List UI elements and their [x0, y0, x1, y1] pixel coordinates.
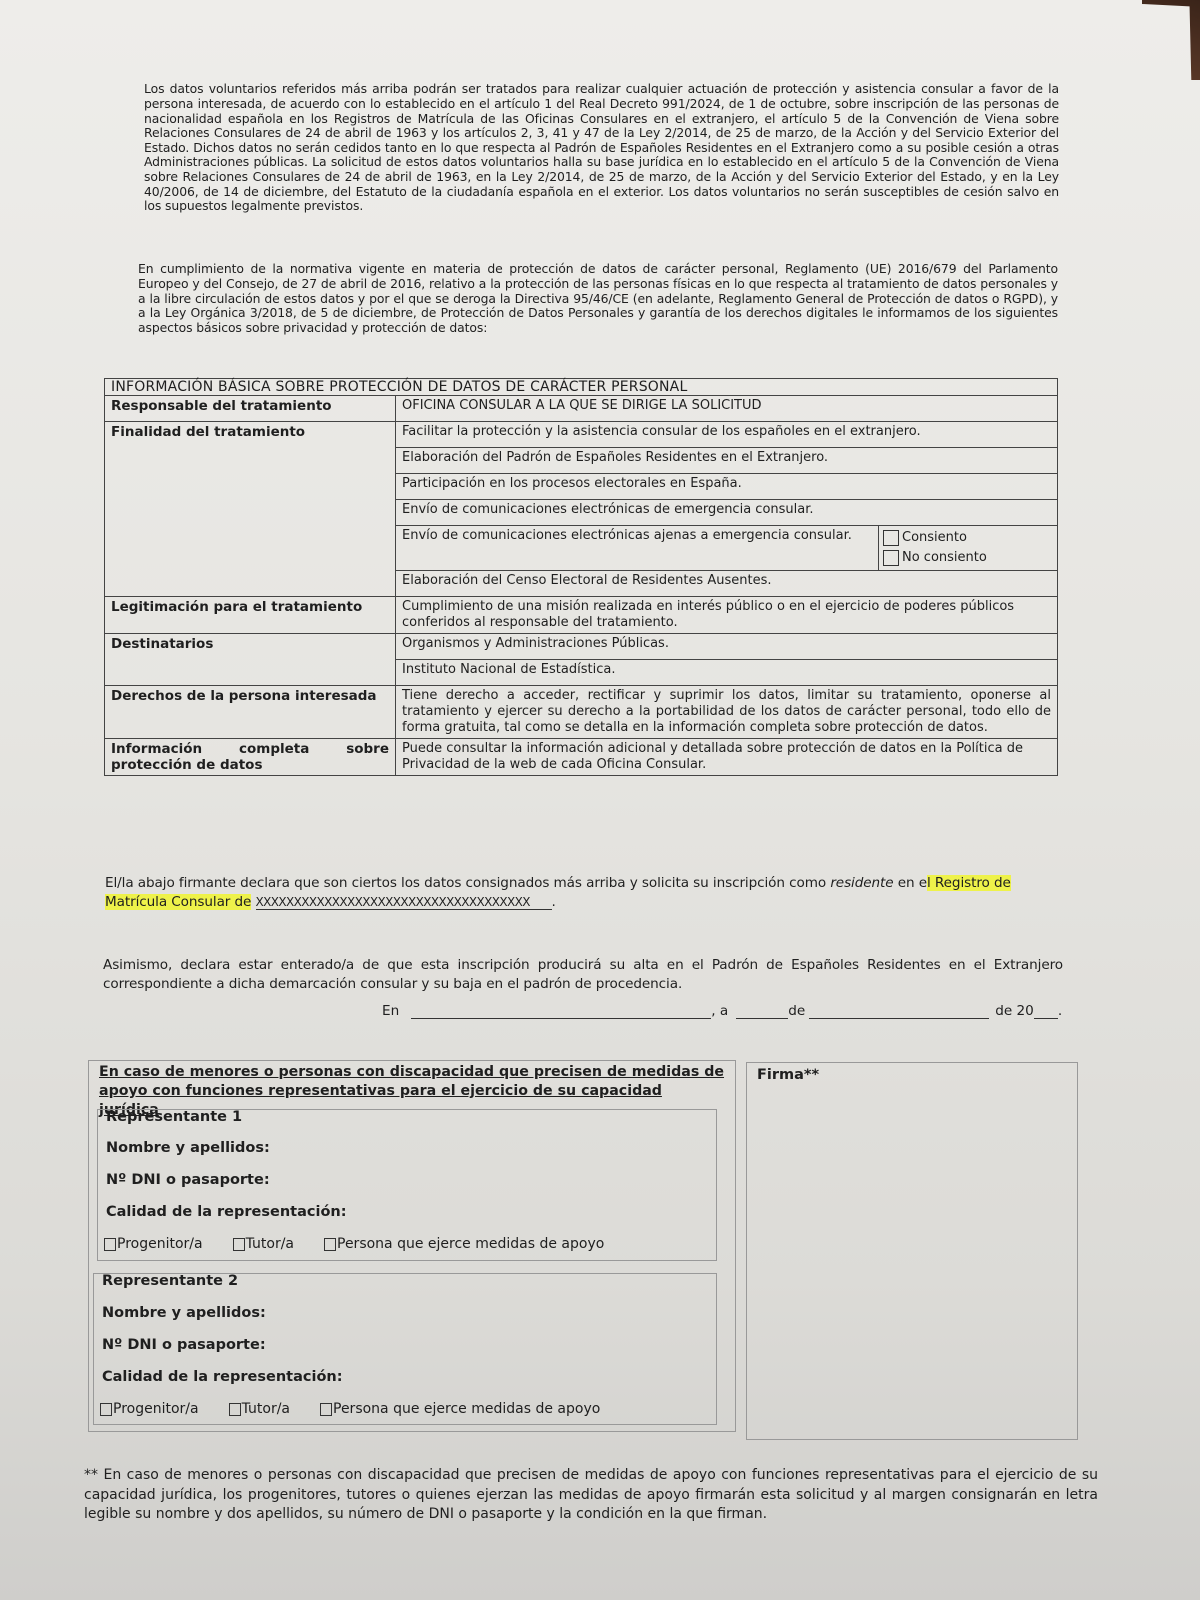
label-word: completa [239, 741, 309, 757]
de-label: de [788, 1003, 805, 1019]
label-word: Información [111, 741, 202, 757]
destinatario-item: Instituto Nacional de Estadística. [396, 660, 1058, 686]
month-field[interactable] [809, 1004, 989, 1019]
voluntary-data-paragraph: Los datos voluntarios referidos más arri… [144, 82, 1059, 213]
representative-1-box: Representante 1 Nombre y apellidos: Nº D… [97, 1109, 717, 1261]
checkbox[interactable] [320, 1403, 332, 1416]
finalidad-item: Facilitar la protección y la asistencia … [396, 422, 1058, 448]
rep-id-field[interactable]: Nº DNI o pasaporte: [106, 1172, 270, 1188]
declaration-2-paragraph: Asimismo, declara estar enterado/a de qu… [103, 956, 1063, 994]
rep-name-field[interactable]: Nombre y apellidos: [102, 1305, 266, 1321]
a-label: , a [711, 1003, 728, 1019]
responsable-label: Responsable del tratamiento [105, 396, 396, 422]
consular-office-field[interactable]: XXXXXXXXXXXXXXXXXXXXXXXXXXXXXXXXXXXX [256, 895, 552, 910]
finalidad-item: Envío de comunicaciones electrónicas de … [396, 500, 1058, 526]
rep-quality-label: Calidad de la representación: [102, 1369, 343, 1385]
info-completa-label: Información completa sobre protección de… [105, 739, 396, 776]
option-label: Tutor/a [246, 1236, 294, 1252]
option-progenitor[interactable]: Progenitor/a [104, 1236, 203, 1252]
no-consent-label: No consiento [902, 550, 987, 566]
data-protection-table: INFORMACIÓN BÁSICA SOBRE PROTECCIÓN DE D… [104, 378, 1058, 776]
declaration-text: El/la abajo firmante declara que son cie… [105, 875, 830, 891]
date-place-line: En , a de de 20 . [382, 1003, 1062, 1019]
finalidad-item: Participación en los procesos electorale… [396, 474, 1058, 500]
option-label: Progenitor/a [117, 1236, 203, 1252]
rep-heading: Representante 1 [106, 1109, 242, 1125]
footnote: ** En caso de menores o personas con dis… [84, 1466, 1098, 1525]
rep-quality-options: Progenitor/a Tutor/a Persona que ejerce … [104, 1236, 604, 1252]
rep-heading: Representante 2 [102, 1273, 238, 1289]
declaration-residente: residente [830, 875, 893, 891]
derechos-label: Derechos de la persona interesada [105, 686, 396, 739]
data-protection-paragraph: En cumplimiento de la normativa vigente … [138, 262, 1058, 335]
option-tutor[interactable]: Tutor/a [233, 1236, 294, 1252]
option-tutor[interactable]: Tutor/a [229, 1401, 290, 1417]
rep-id-field[interactable]: Nº DNI o pasaporte: [102, 1337, 266, 1353]
finalidad-item: Envío de comunicaciones electrónicas aje… [396, 526, 879, 571]
consent-option[interactable]: Consiento [883, 528, 1053, 548]
checkbox[interactable] [100, 1403, 112, 1416]
signature-box[interactable]: Firma** [746, 1062, 1078, 1440]
consent-options: Consiento No consiento [879, 526, 1058, 571]
responsable-value: OFICINA CONSULAR A LA QUE SE DIRIGE LA S… [396, 396, 1058, 422]
destinatario-item: Organismos y Administraciones Públicas. [396, 634, 1058, 660]
option-label: Progenitor/a [113, 1401, 199, 1417]
representative-2-box: Representante 2 Nombre y apellidos: Nº D… [93, 1273, 717, 1425]
year-prefix-label: de 20 [995, 1003, 1034, 1019]
declaration-text: en e [894, 875, 928, 891]
checkbox[interactable] [233, 1238, 245, 1251]
document-page: Los datos voluntarios referidos más arri… [0, 0, 1200, 1600]
rep-quality-label: Calidad de la representación: [106, 1204, 347, 1220]
option-progenitor[interactable]: Progenitor/a [100, 1401, 199, 1417]
option-apoyo[interactable]: Persona que ejerce medidas de apoyo [324, 1236, 604, 1252]
checkbox[interactable] [324, 1238, 336, 1251]
label-line-2: protección de datos [111, 757, 389, 773]
no-consent-checkbox[interactable] [883, 550, 899, 566]
place-field[interactable] [411, 1004, 711, 1019]
rep-quality-options: Progenitor/a Tutor/a Persona que ejerce … [100, 1401, 600, 1417]
checkbox[interactable] [104, 1238, 116, 1251]
destinatarios-label: Destinatarios [105, 634, 396, 686]
finalidad-item: Elaboración del Censo Electoral de Resid… [396, 571, 1058, 597]
highlighted-text: Matrícula Consular de [105, 894, 251, 910]
representatives-section: En caso de menores o personas con discap… [88, 1060, 736, 1432]
rep-name-field[interactable]: Nombre y apellidos: [106, 1140, 270, 1156]
consent-checkbox[interactable] [883, 530, 899, 546]
no-consent-option[interactable]: No consiento [883, 548, 1053, 568]
declaration-paragraph: El/la abajo firmante declara que son cie… [105, 874, 1065, 912]
table-title: INFORMACIÓN BÁSICA SOBRE PROTECCIÓN DE D… [105, 379, 1058, 396]
period: . [552, 894, 556, 910]
signature-label: Firma** [757, 1067, 819, 1083]
option-label: Persona que ejerce medidas de apoyo [333, 1401, 600, 1417]
option-apoyo[interactable]: Persona que ejerce medidas de apoyo [320, 1401, 600, 1417]
consent-label: Consiento [902, 530, 967, 546]
option-label: Persona que ejerce medidas de apoyo [337, 1236, 604, 1252]
label-word: sobre [346, 741, 389, 757]
year-field[interactable] [1034, 1004, 1058, 1019]
option-label: Tutor/a [242, 1401, 290, 1417]
finalidad-label: Finalidad del tratamiento [105, 422, 396, 597]
en-label: En [382, 1003, 399, 1019]
info-completa-value: Puede consultar la información adicional… [396, 739, 1058, 776]
legitimacion-label: Legitimación para el tratamiento [105, 597, 396, 634]
highlighted-text: l Registro de [927, 875, 1011, 891]
finalidad-item: Elaboración del Padrón de Españoles Resi… [396, 448, 1058, 474]
checkbox[interactable] [229, 1403, 241, 1416]
legitimacion-value: Cumplimiento de una misión realizada en … [396, 597, 1058, 634]
day-field[interactable] [736, 1004, 788, 1019]
derechos-value: Tiene derecho a acceder, rectificar y su… [396, 686, 1058, 739]
